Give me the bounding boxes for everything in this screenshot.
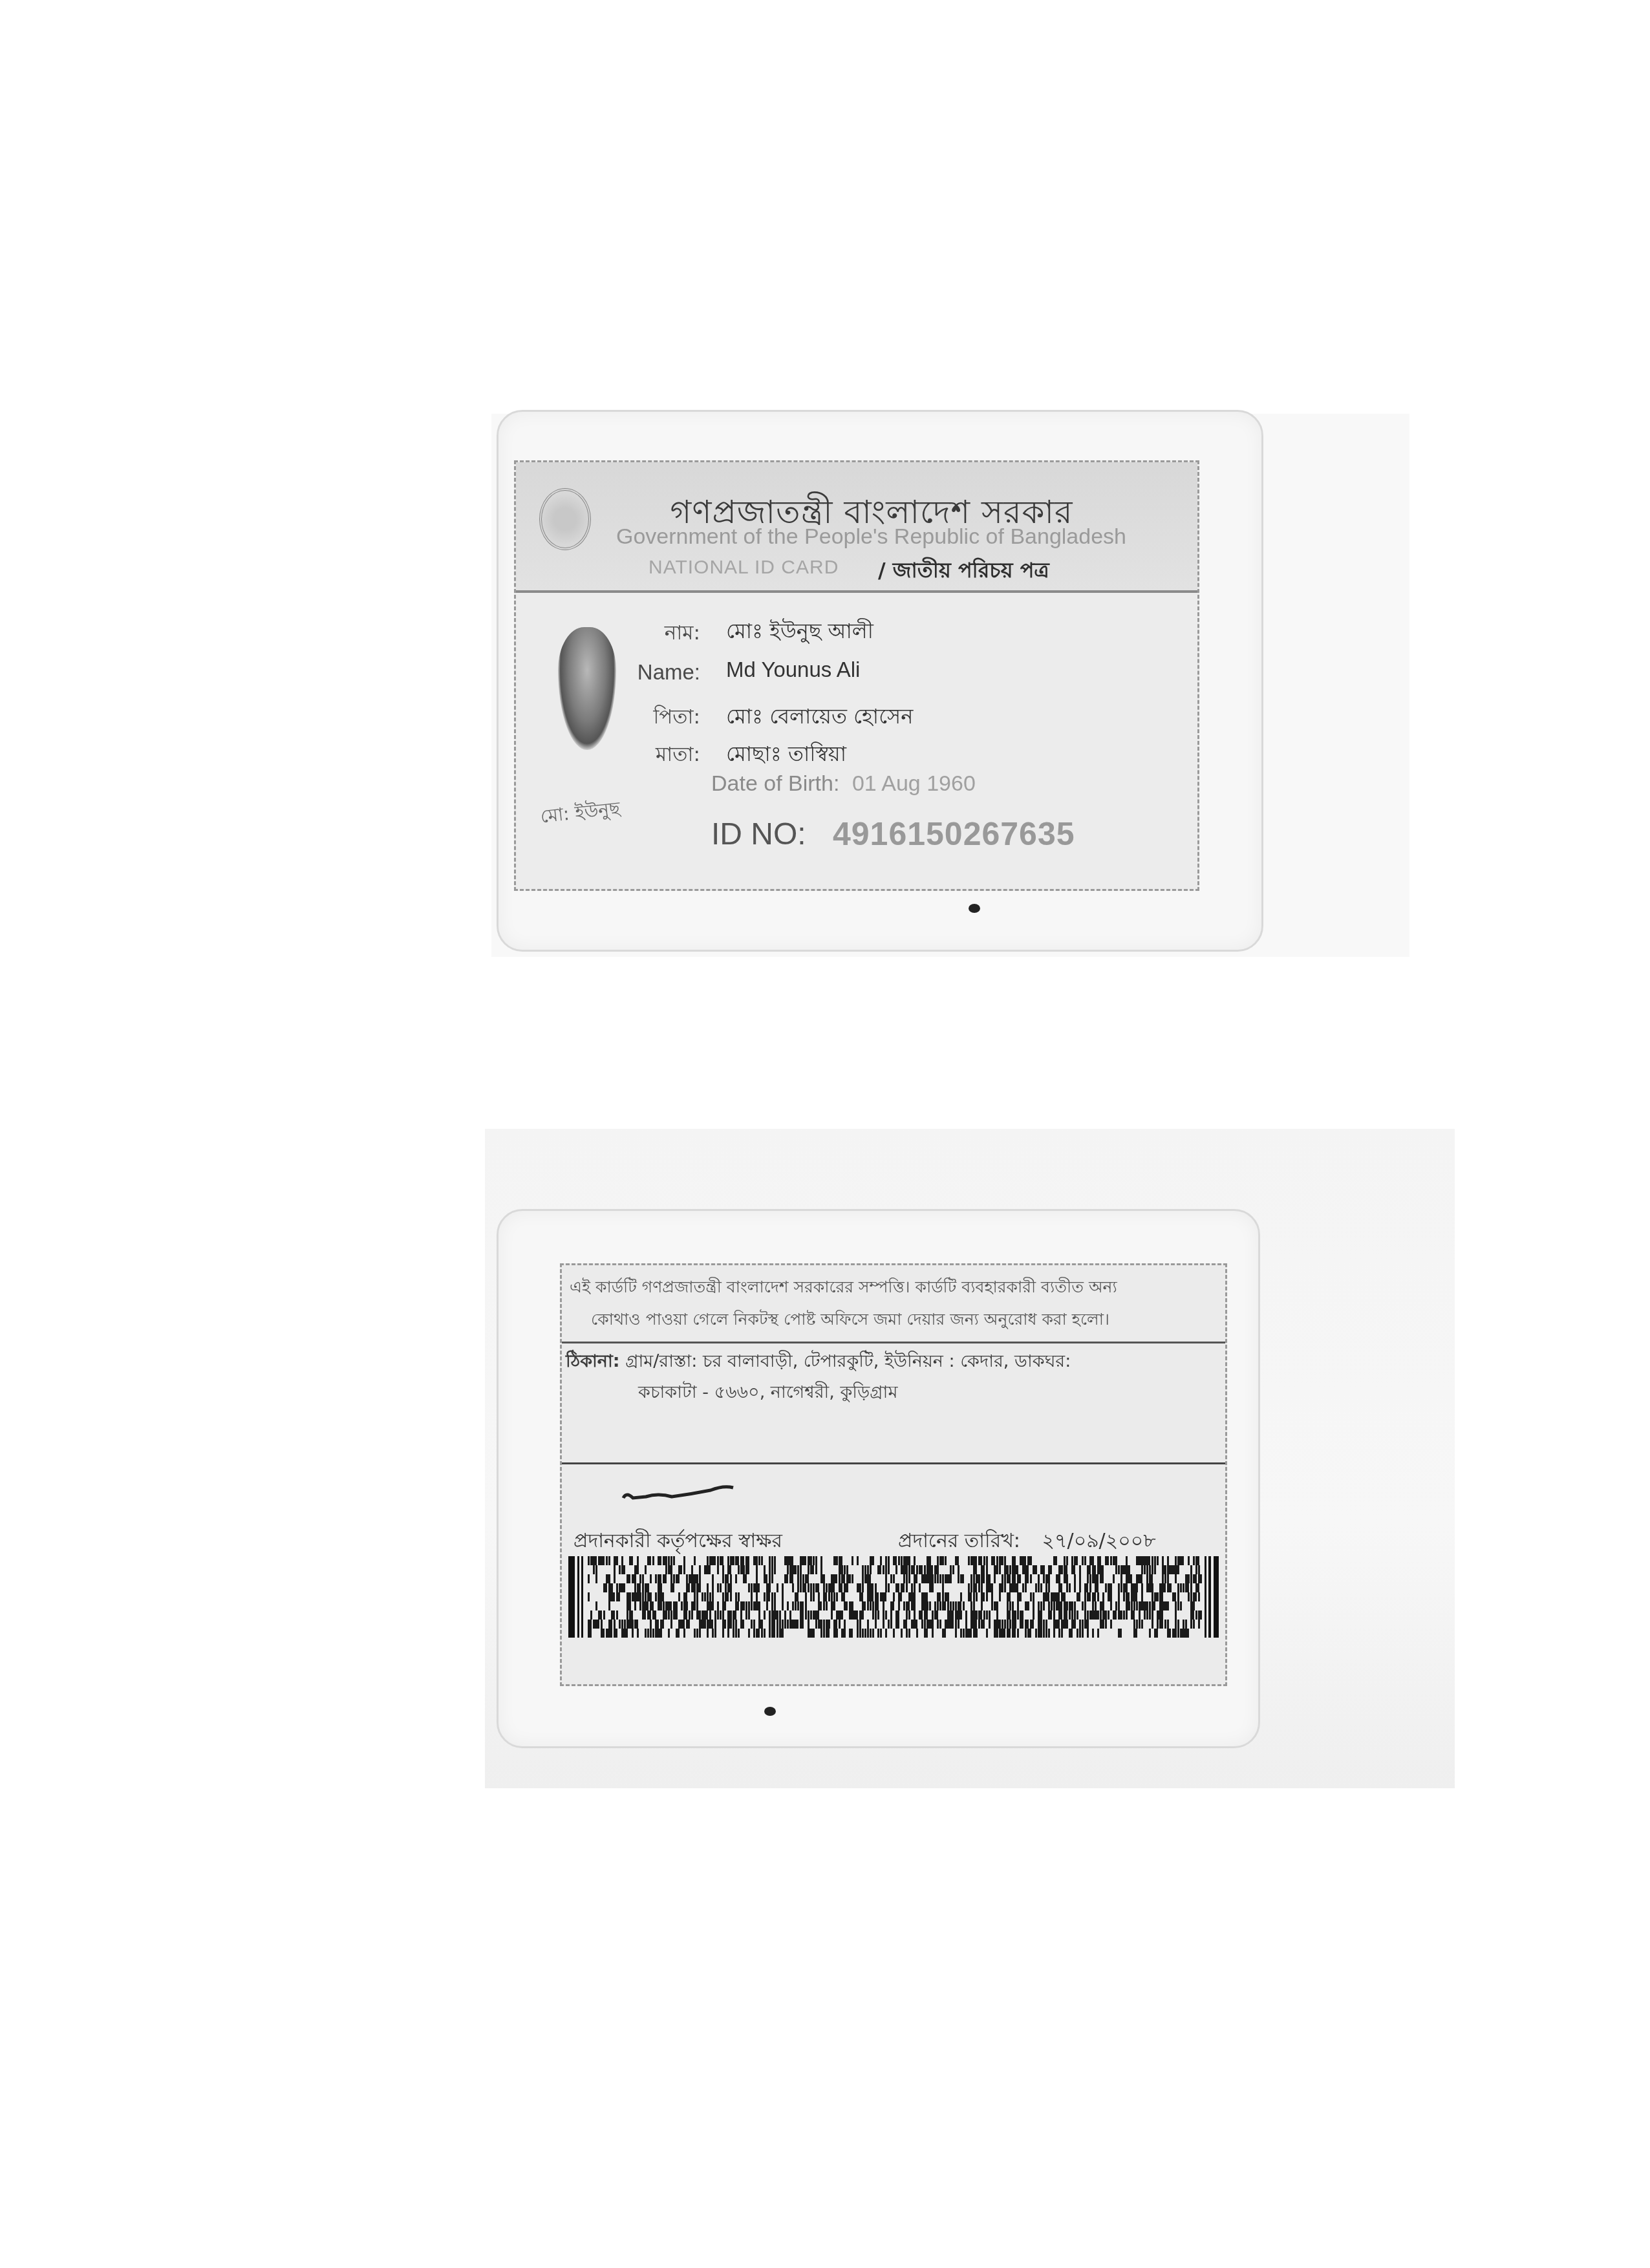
divider <box>562 1462 1225 1464</box>
card-type-bengali-text: জাতীয় পরিচয় পত্র <box>893 558 1049 583</box>
notice-line-2: কোথাও পাওয়া গেলে নিকটস্থ পোষ্ট অফিসে জম… <box>591 1307 1109 1334</box>
government-seal-icon <box>539 488 591 550</box>
address-value-1: গ্রাম/রাস্তা: চর বালাবাড়ী, টেপারকুটি, ই… <box>625 1351 1071 1371</box>
card-type-bengali: / জাতীয় পরিচয় পত্র <box>878 554 1049 589</box>
notice-line-1: এই কার্ডটি গণপ্রজাতন্ত্রী বাংলাদেশ সরকার… <box>570 1274 1117 1302</box>
address-label: ঠিকানা: <box>566 1351 620 1371</box>
dob-value: 01 Aug 1960 <box>852 771 976 796</box>
authority-signature-label: প্রদানকারী কর্তৃপক্ষের স্বাক্ষর <box>573 1525 782 1558</box>
father-label: পিতা: <box>603 701 700 735</box>
id-number-value: 4916150267635 <box>833 815 1075 853</box>
issue-date-value: ২৭/০৯/২০০৮ <box>1042 1530 1156 1552</box>
ownership-notice: এই কার্ডটি গণপ্রজাতন্ত্রী বাংলাদেশ সরকার… <box>562 1265 1225 1343</box>
date-of-birth: Date of Birth: 01 Aug 1960 <box>711 771 976 797</box>
name-en-value: Md Younus Ali <box>726 658 860 682</box>
address-line-2: কচাকাটা - ৫৬৬০, নাগেশ্বরী, কুড়িগ্রাম <box>638 1379 897 1408</box>
punch-mark <box>969 904 980 913</box>
punch-mark <box>764 1707 776 1716</box>
issue-date: প্রদানের তারিখ: ২৭/০৯/২০০৮ <box>898 1525 1156 1558</box>
name-en-label: Name: <box>603 660 700 685</box>
id-number-label: ID NO: <box>711 817 806 852</box>
pdf417-barcode <box>568 1556 1219 1638</box>
id-card-back: এই কার্ডটি গণপ্রজাতন্ত্রী বাংলাদেশ সরকার… <box>560 1263 1227 1686</box>
mother-label: মাতা: <box>603 739 700 773</box>
authority-signature <box>620 1479 736 1504</box>
issue-date-label: প্রদানের তারিখ: <box>898 1530 1020 1552</box>
card-type-separator: / <box>878 558 886 583</box>
father-value: মোঃ বেলায়েত হোসেন <box>726 700 913 735</box>
card-type-english: NATIONAL ID CARD <box>648 557 839 579</box>
name-bn-value: মোঃ ইউনুছ আলী <box>726 615 873 650</box>
card-header: গণপ্রজাতন্ত্রী বাংলাদেশ সরকার Government… <box>516 462 1197 593</box>
mother-value: মোছাঃ তাস্বিয়া <box>726 738 846 773</box>
dob-label: Date of Birth: <box>711 771 839 796</box>
address-line-1: ঠিকানা: গ্রাম/রাস্তা: চর বালাবাড়ী, টেপা… <box>566 1348 1071 1377</box>
name-bn-label: নাম: <box>603 617 700 651</box>
id-card-front: গণপ্রজাতন্ত্রী বাংলাদেশ সরকার Government… <box>514 460 1199 891</box>
holder-signature: মো: ইউনুছ <box>539 795 622 833</box>
title-english: Government of the People's Republic of B… <box>616 524 1126 550</box>
